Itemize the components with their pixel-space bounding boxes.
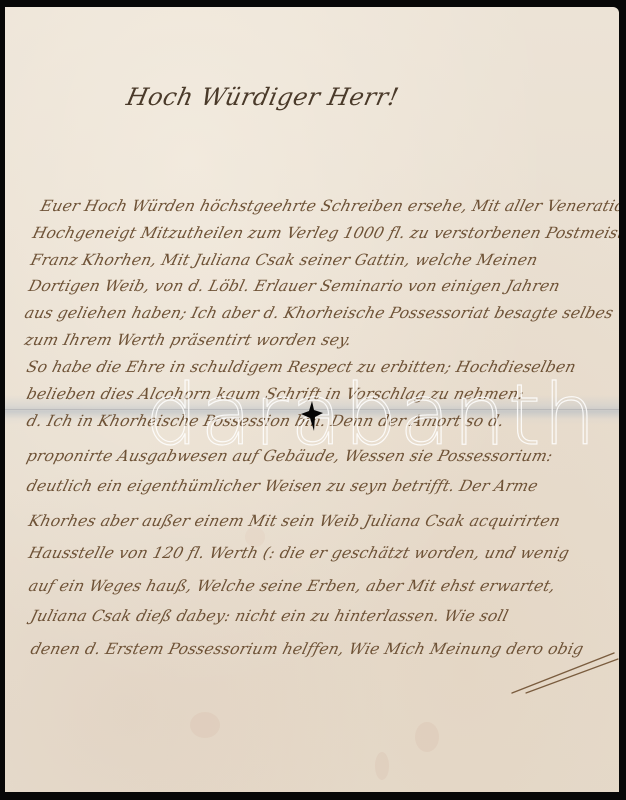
watermark: darabanth (145, 373, 598, 457)
text-line: Euer Hoch Würden höchstgeehrte Schreiben… (39, 197, 619, 215)
text-line: Khorhes aber außer einem Mit sein Weib J… (27, 512, 563, 530)
manuscript-page: Hoch Würdiger Herr! Euer Hoch Würden höc… (5, 7, 619, 792)
salutation: Hoch Würdiger Herr! (124, 83, 401, 111)
text-line: denen d. Erstem Possessorium helffen, Wi… (29, 640, 586, 658)
text-line: deutlich ein eigenthümlicher Weisen zu s… (25, 477, 540, 495)
text-line: Franz Khorhen, Mit Juliana Csak seiner G… (29, 251, 540, 269)
text-line: Dortigen Weib, von d. Löbl. Erlauer Semi… (27, 277, 562, 295)
closing-flourish (510, 647, 619, 697)
text-line: aus geliehen haben; Ich aber d. Khorheis… (23, 304, 616, 322)
foxing-stain (190, 712, 220, 738)
text-line: Juliana Csak dieß dabey: nicht ein zu hi… (29, 607, 511, 625)
foxing-stain (415, 722, 439, 752)
paper-hole-damage (301, 401, 323, 431)
foxing-stain (375, 752, 389, 780)
text-line: Hausstelle von 120 fl. Werth (: die er g… (27, 544, 571, 562)
text-line: auf ein Weges hauß, Welche seine Erben, … (27, 577, 558, 595)
text-line: zum Ihrem Werth präsentirt worden sey. (23, 331, 354, 349)
text-line: Hochgeneigt Mitzutheilen zum Verleg 1000… (31, 224, 619, 242)
